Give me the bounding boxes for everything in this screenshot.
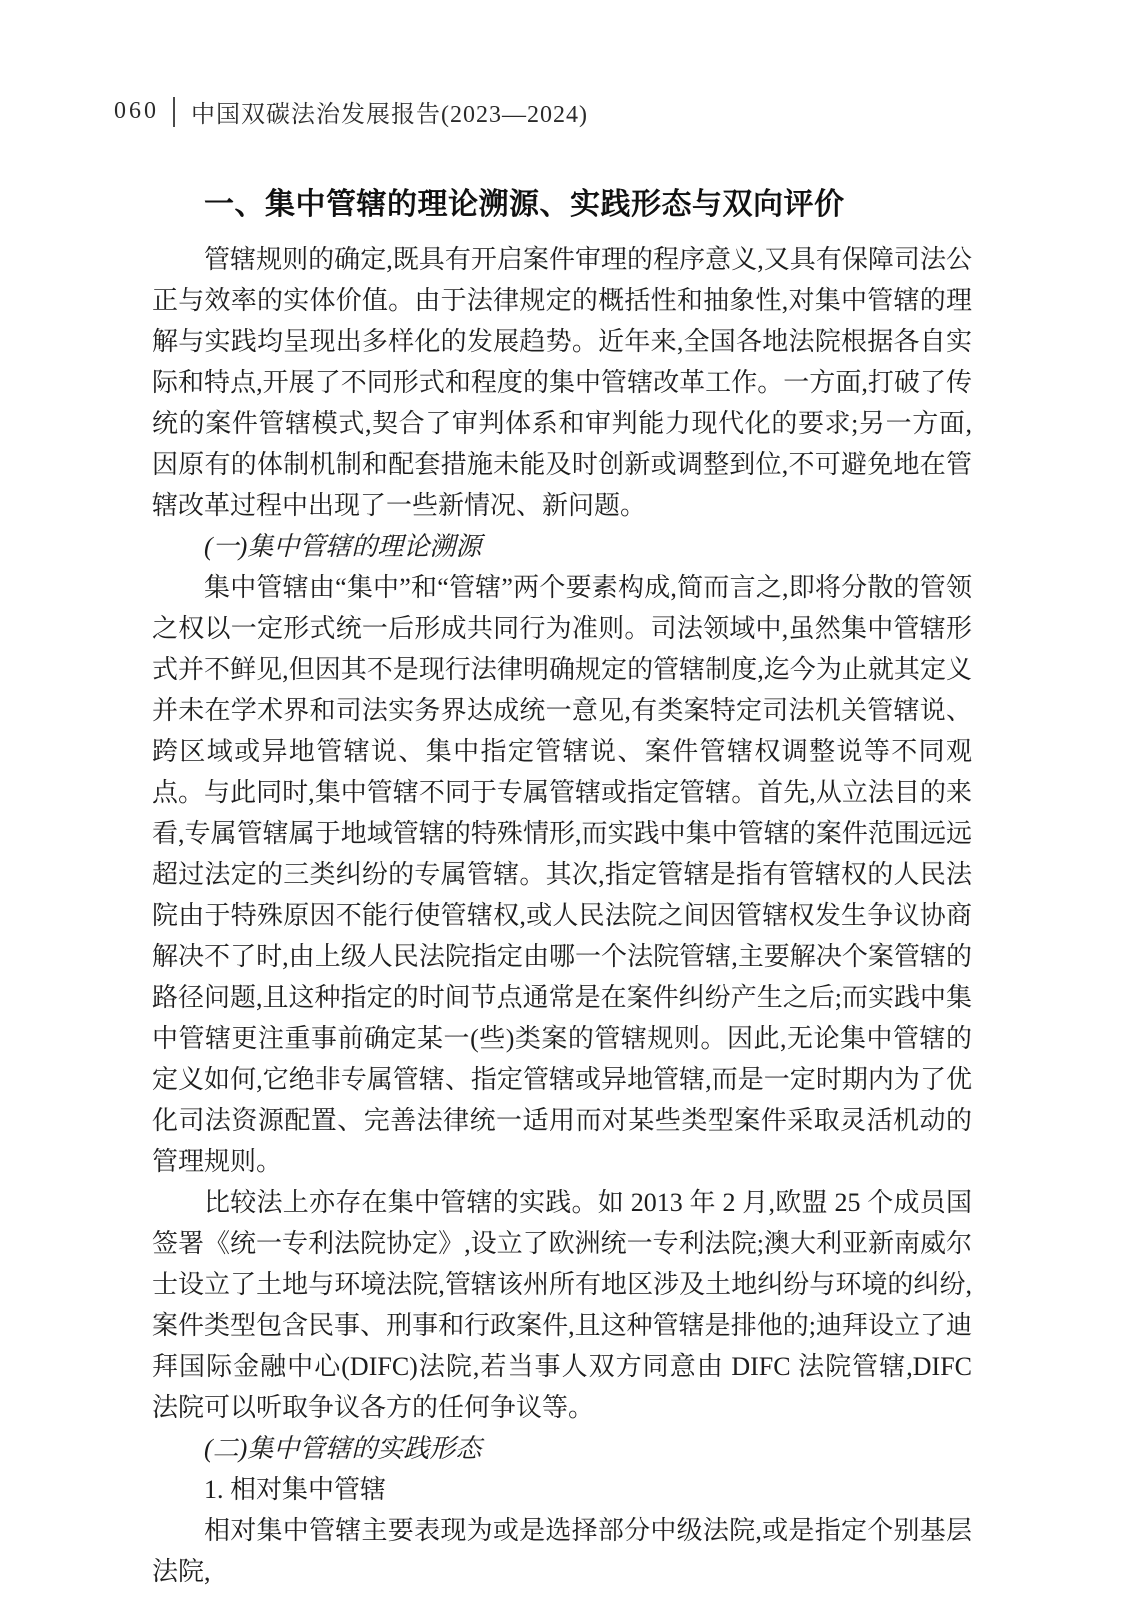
subheading: 1. 相对集中管辖 (152, 1469, 972, 1510)
paragraph: 比较法上亦存在集中管辖的实践。如 2013 年 2 月,欧盟 25 个成员国签署… (152, 1182, 972, 1428)
page-content: 一、集中管辖的理论溯源、实践形态与双向评价 管辖规则的确定,既具有开启案件审理的… (152, 188, 972, 1592)
paragraph: 管辖规则的确定,既具有开启案件审理的程序意义,又具有保障司法公正与效率的实体价值… (152, 239, 972, 526)
subheading: (一)集中管辖的理论溯源 (152, 526, 972, 567)
paragraph: 集中管辖由“集中”和“管辖”两个要素构成,简而言之,即将分散的管领之权以一定形式… (152, 567, 972, 1182)
paragraph: 相对集中管辖主要表现为或是选择部分中级法院,或是指定个别基层法院, (152, 1510, 972, 1592)
header-divider (173, 97, 175, 127)
page-header: 060 中国双碳法治发展报告(2023—2024) (114, 94, 588, 129)
subheading: (二)集中管辖的实践形态 (152, 1428, 972, 1469)
book-title: 中国双碳法治发展报告(2023—2024) (191, 94, 588, 129)
text-blocks: 管辖规则的确定,既具有开启案件审理的程序意义,又具有保障司法公正与效率的实体价值… (152, 239, 972, 1592)
page-number: 060 (114, 98, 159, 125)
section-title: 一、集中管辖的理论溯源、实践形态与双向评价 (204, 188, 972, 222)
